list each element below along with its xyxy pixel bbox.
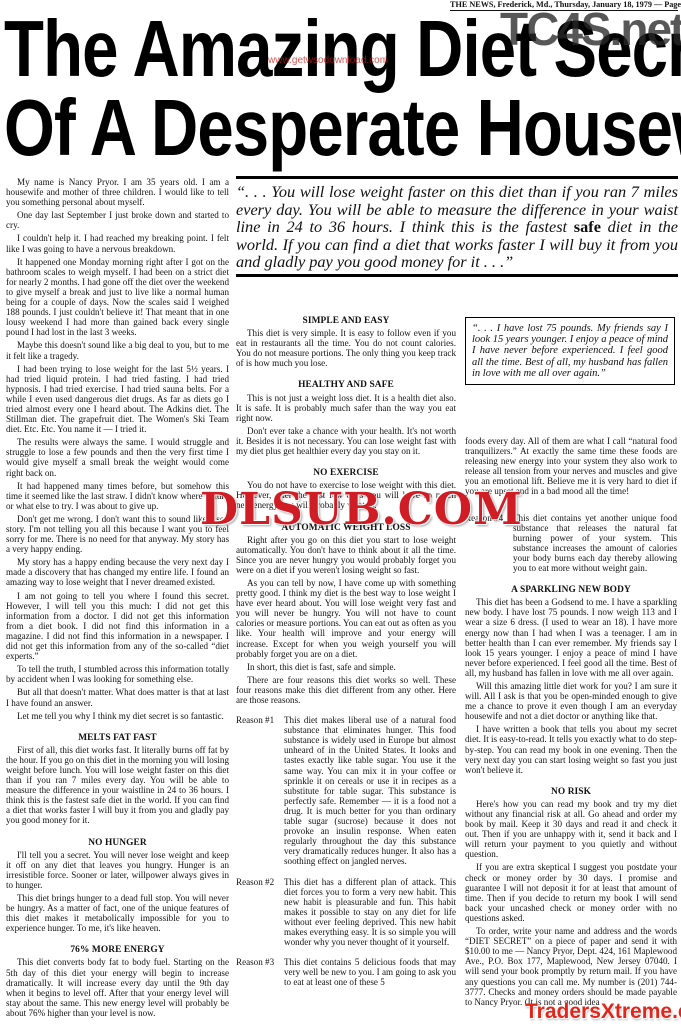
paragraph: But all that doesn't matter. What does m… xyxy=(6,687,229,707)
paragraph: First of all, this diet works fast. It l… xyxy=(6,745,229,826)
paragraph: It happened one Monday morning right aft… xyxy=(6,257,229,338)
paragraph: My name is Nancy Pryor. I am 35 years ol… xyxy=(6,177,229,207)
reason-label: Reason #1 xyxy=(236,715,284,866)
section-heading-simple-and-easy: SIMPLE AND EASY xyxy=(236,316,456,326)
paragraph: One day last September I just broke down… xyxy=(6,210,229,230)
paragraph: This diet converts body fat to body fuel… xyxy=(6,957,229,1018)
section-heading-no-exercise: NO EXERCISE xyxy=(236,468,456,478)
section-heading-more-energy: 76% MORE ENERGY xyxy=(6,945,229,955)
section-heading-automatic-weight-loss: AUTOMATIC WEIGHT LOSS xyxy=(236,523,456,533)
paragraph: I had been trying to lose weight for the… xyxy=(6,364,229,435)
reason-text: This diet contains 5 delicious foods tha… xyxy=(284,957,456,987)
paragraph: My story has a happy ending because the … xyxy=(6,557,229,587)
reason-4: Reason #4 This diet contains yet another… xyxy=(465,513,677,574)
paragraph: As you can tell by now, I have come up w… xyxy=(236,578,456,659)
article-column-1: My name is Nancy Pryor. I am 35 years ol… xyxy=(6,177,229,1021)
headline-line-1: The Amazing Diet Secret xyxy=(4,10,584,90)
paragraph: This diet has been a Godsend to me. I ha… xyxy=(465,597,677,678)
section-heading-no-risk: NO RISK xyxy=(465,787,677,797)
section-heading-sparkling-new-body: A SPARKLING NEW BODY xyxy=(465,585,677,595)
paragraph: To tell the truth, I stumbled across thi… xyxy=(6,664,229,684)
paragraph: The results were always the same. I woul… xyxy=(6,437,229,477)
paragraph-continuation: foods every day. All of them are what I … xyxy=(465,436,677,497)
paragraph: It had happened many times before, but s… xyxy=(6,481,229,511)
paragraph: Right after you go on this diet you star… xyxy=(236,535,456,575)
paragraph: If you are extra skeptical I suggest you… xyxy=(465,862,677,923)
paragraph: I am not going to tell you where I found… xyxy=(6,591,229,662)
paragraph: Let me tell you why I think my diet secr… xyxy=(6,711,229,721)
paragraph: To order, write your name and address an… xyxy=(465,926,677,1007)
article-column-3: foods every day. All of them are what I … xyxy=(465,436,677,1010)
section-heading-healthy-and-safe: HEALTHY AND SAFE xyxy=(236,380,456,390)
reason-label: Reason #4 xyxy=(465,513,513,574)
reason-1: Reason #1 This diet makes liberal use of… xyxy=(236,715,456,866)
paragraph: Maybe this doesn't sound like a big deal… xyxy=(6,340,229,360)
headline-line-2: Of A Desperate Housewife xyxy=(4,89,584,169)
reason-text: This diet contains yet another unique fo… xyxy=(513,513,677,574)
reason-2: Reason #2 This diet has a different plan… xyxy=(236,877,456,948)
reason-text: This diet makes liberal use of a natural… xyxy=(284,715,456,866)
paragraph: Will this amazing little diet work for y… xyxy=(465,681,677,721)
paragraph: Here's how you can read my book and try … xyxy=(465,799,677,860)
paragraph: You do not have to exercise to lose weig… xyxy=(236,480,456,510)
paragraph: This diet brings hunger to a dead full s… xyxy=(6,893,229,933)
section-heading-no-hunger: NO HUNGER xyxy=(6,838,229,848)
paragraph: This diet is very simple. It is easy to … xyxy=(236,328,456,368)
reason-label: Reason #2 xyxy=(236,877,284,948)
reason-text: This diet has a different plan of attack… xyxy=(284,877,456,948)
section-heading-melts-fat-fast: MELTS FAT FAST xyxy=(6,733,229,743)
article-column-2: SIMPLE AND EASY This diet is very simple… xyxy=(236,316,456,990)
paragraph: Don't get me wrong. I don't want this to… xyxy=(6,514,229,554)
pull-quote: “. . . You will lose weight faster on th… xyxy=(236,176,678,277)
testimonial-box: “. . . I have lost 75 pounds. My friends… xyxy=(465,317,675,385)
reason-label: Reason #3 xyxy=(236,957,284,987)
reason-3: Reason #3 This diet contains 5 delicious… xyxy=(236,957,456,987)
paragraph: This is not just a weight loss diet. It … xyxy=(236,393,456,423)
paragraph: I have written a book that tells you abo… xyxy=(465,724,677,774)
paragraph: Don't ever take a chance with your healt… xyxy=(236,426,456,456)
paragraph: In short, this diet is fast, safe and si… xyxy=(236,662,456,672)
pull-quote-bold-word: safe xyxy=(574,217,601,236)
paragraph: There are four reasons this diet works s… xyxy=(236,675,456,705)
paragraph: I'll tell you a secret. You will never l… xyxy=(6,850,229,890)
paragraph: I couldn't help it. I had reached my bre… xyxy=(6,233,229,253)
